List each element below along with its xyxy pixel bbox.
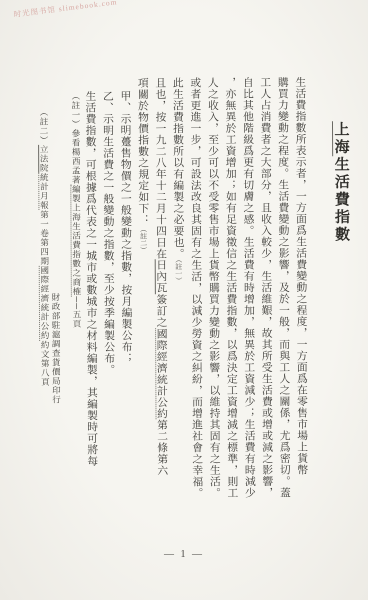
text-run: 第二條第六 xyxy=(156,419,168,476)
text-run: 乙、示明生活費之一般變動之指數，至少按季編製公布。 xyxy=(101,90,114,375)
text-run: 參看楊西孟著 xyxy=(71,129,81,185)
body-column-7: 或者更進一步，可設法改良其固有之生活，以減少勞資之糾紛，而增進社會之幸福。 xyxy=(185,77,205,557)
text-run: 生活費指數，可根據爲代表之一城市或數城市之材料編製，其編製時可將每 xyxy=(84,91,98,467)
body-column-1: 生活費指數所表示者，一方面爲生活費變動之程度，一方面爲在零售市場上貨幣 xyxy=(290,76,310,556)
text-run: 自比其他階級爲更有切膚之感。生活費有時增加，無異於工資減少；生活費有時減少 xyxy=(241,77,255,499)
proper-noun-mark: 日內瓦 xyxy=(154,260,167,294)
body-column-2: 購買力變動之程度。生活費變動之影響，及於一般，而與工人之關係，尤爲密切。蓋 xyxy=(273,77,293,557)
book-title-mark: 國際經濟統計公約 xyxy=(154,328,167,419)
text-run: ，亦無異於工資增加；如有足資徵信之生活費指數，以爲決定工資增減之標準，則工 xyxy=(224,77,238,499)
body-column-3: 工人占消費者之大部分，且收入較少，生活維艱，故其所受生活費或增或減之影響， xyxy=(255,77,275,557)
scanned-book-page: 时光图书馆 slimebook.com 上海生活費指數生活費指數所表示者，一方面… xyxy=(0,0,368,600)
book-title-mark: 統計月報 xyxy=(38,173,49,210)
body-column-5: ，亦無異於工資增加；如有足資徵信之生活費指數，以爲決定工資增減之標準，則工 xyxy=(220,77,240,557)
body-column-8: 此生活費指數所以有編製之必要也。（註一） xyxy=(168,77,188,557)
note-column-3: （註二）立法院統計月報第一卷第四期國際經濟統計公約約文第八頁 xyxy=(37,78,51,558)
title-column: 上海生活費指數 xyxy=(327,76,356,556)
text-run: 簽訂之 xyxy=(155,294,167,328)
proper-noun-mark: 立法院 xyxy=(38,145,49,173)
body-column-4: 自比其他階級爲更有切膚之感。生活費有時增加，無異於工資減少；生活費有時減少 xyxy=(238,77,258,557)
note-reference: （註一） xyxy=(174,259,182,284)
text-run: 或者更進一步，可設法改良其固有之生活，以減少勞資之糾紛，而增進社會之幸福。 xyxy=(189,77,203,499)
text-run: （註一） xyxy=(70,92,80,129)
text-run: 且也，按一九二八年十二月十四日在 xyxy=(154,77,167,259)
book-title-mark: 國際經濟統計公約 xyxy=(38,266,49,340)
text-run: 此生活費指數所以有編製之必要也。 xyxy=(171,77,184,259)
text-run: 工人占消費者之大部分，且收入較少，生活維艱，故其所受生活費或增或減之影響， xyxy=(259,77,273,499)
proper-noun-mark: 上海 xyxy=(331,121,348,156)
note-reference: （註二） xyxy=(139,225,147,253)
note-column-1: （註一）參看楊西孟著編製上海生活費指數之商榷──五頁 xyxy=(69,78,83,558)
body-column-10: 項關於物價指數之規定如下：（註二） xyxy=(133,77,153,557)
text-run: 第一卷第四期 xyxy=(39,210,49,266)
text-run: 甲、示明躉售物價之一般變動之指數，按月編製公布； xyxy=(119,90,132,364)
body-column-9: 且也，按一九二八年十二月十四日在日內瓦簽訂之國際經濟統計公約第二條第六 xyxy=(150,77,170,557)
text-run: （註二） xyxy=(38,108,48,145)
text-run: 人之收入，至少可以不受零售市場上貨幣購買力變動之影響，以維持其固有之生活。 xyxy=(206,77,220,499)
watermark-text: 时光图书馆 slimebook.com xyxy=(13,0,118,20)
text-run: 項關於物價指數之規定如下： xyxy=(136,77,149,225)
body-column-11: 甲、示明躉售物價之一般變動之指數，按月編製公布； xyxy=(115,77,135,557)
text-block: 上海生活費指數生活費指數所表示者，一方面爲生活費變動之程度，一方面爲在零售市場上… xyxy=(37,76,355,558)
body-column-6: 人之收入，至少可以不受零售市場上貨幣購買力變動之影響，以維持其固有之生活。 xyxy=(203,77,223,557)
book-title-mark: 編製上海生活費指數之商榷 xyxy=(70,185,82,297)
body-column-13: 生活費指數，可根據爲代表之一城市或數城市之材料編製，其編製時可將每 xyxy=(80,78,100,558)
page-number: — 1 — xyxy=(0,549,368,560)
text-run: 購買力變動之程度。生活費變動之影響，及於一般，而與工人之關係，尤爲密切。蓋 xyxy=(276,77,290,499)
text-run: 約文第八頁 xyxy=(40,340,50,387)
text-run: ──五頁 xyxy=(71,296,81,328)
text-run: 財政部駐滬調查貨價局印行 xyxy=(50,293,61,405)
body-column-12: 乙、示明生活費之一般變動之指數，至少按季編製公布。 xyxy=(98,77,118,557)
text-run: 生活費指數 xyxy=(332,156,348,244)
text-run: 生活費指數所表示者，一方面爲生活費變動之程度，一方面爲在零售市場上貨幣 xyxy=(294,76,308,475)
